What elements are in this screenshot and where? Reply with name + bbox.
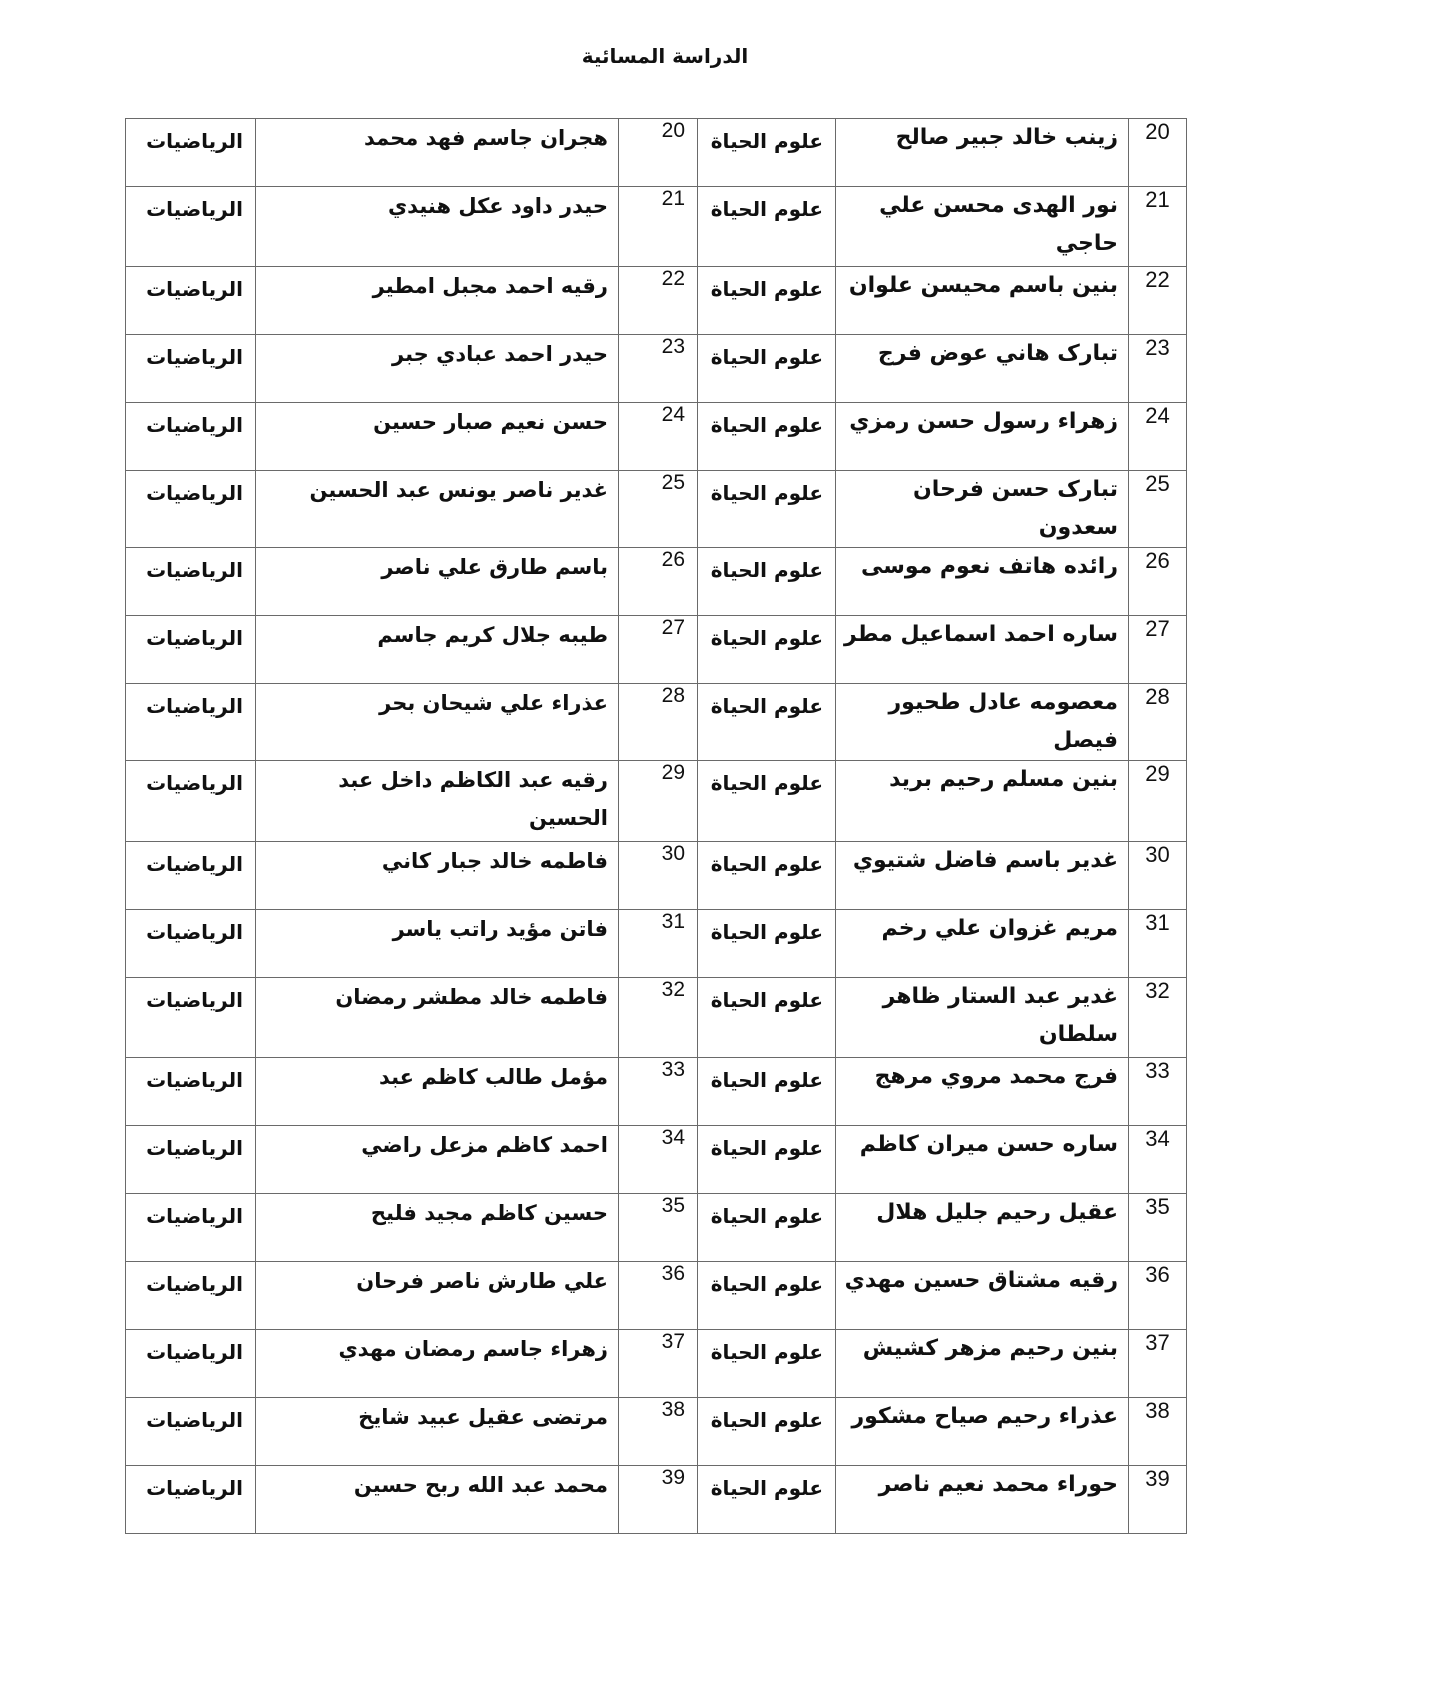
row-number-biology: 35 bbox=[1129, 1194, 1186, 1220]
student-name-biology-cell: بنين باسم محيسن علوان bbox=[836, 267, 1129, 335]
row-number-biology-cell: 36 bbox=[1129, 1262, 1187, 1330]
student-name-biology: نور الهدى محسن علي حاجي bbox=[836, 187, 1128, 263]
student-name-math-cell: رقيه احمد مجبل امطير bbox=[256, 267, 619, 335]
student-name-biology-cell: زهراء رسول حسن رمزي bbox=[836, 403, 1129, 471]
subject-biology-cell: علوم الحياة bbox=[698, 1126, 836, 1194]
row-number-biology: 33 bbox=[1129, 1058, 1186, 1084]
row-number-biology: 27 bbox=[1129, 616, 1186, 642]
row-number-biology: 37 bbox=[1129, 1330, 1186, 1356]
subject-biology-label: علوم الحياة bbox=[698, 616, 835, 652]
row-number-math: 30 bbox=[619, 842, 697, 869]
subject-biology-cell: علوم الحياة bbox=[698, 1058, 836, 1126]
row-number-math: 29 bbox=[619, 761, 697, 788]
subject-biology-cell: علوم الحياة bbox=[698, 684, 836, 761]
subject-biology-label: علوم الحياة bbox=[698, 267, 835, 303]
table-row: الرياضيات طيبه جلال كريم جاسم 27 علوم ال… bbox=[126, 616, 1187, 684]
table-row: الرياضيات مؤمل طالب كاظم عبد 33 علوم الح… bbox=[126, 1058, 1187, 1126]
table-row: الرياضيات حسن نعيم صبار حسين 24 علوم الح… bbox=[126, 403, 1187, 471]
subject-math-cell: الرياضيات bbox=[126, 616, 256, 684]
subject-math-cell: الرياضيات bbox=[126, 910, 256, 978]
student-name-biology-cell: غدير باسم فاضل شتيوي bbox=[836, 842, 1129, 910]
student-name-math-cell: حسين كاظم مجيد فليح bbox=[256, 1194, 619, 1262]
row-number-biology-cell: 27 bbox=[1129, 616, 1187, 684]
subject-biology-cell: علوم الحياة bbox=[698, 267, 836, 335]
row-number-biology: 21 bbox=[1129, 187, 1186, 213]
row-number-biology: 31 bbox=[1129, 910, 1186, 936]
row-number-math: 39 bbox=[619, 1466, 697, 1493]
student-name-math-cell: مرتضى عقيل عبيد شايخ bbox=[256, 1398, 619, 1466]
subject-math-label: الرياضيات bbox=[126, 1126, 255, 1162]
subject-math-label: الرياضيات bbox=[126, 548, 255, 584]
row-number-math-cell: 36 bbox=[619, 1262, 698, 1330]
row-number-math: 34 bbox=[619, 1126, 697, 1153]
table-row: الرياضيات باسم طارق علي ناصر 26 علوم الح… bbox=[126, 548, 1187, 616]
subject-biology-cell: علوم الحياة bbox=[698, 910, 836, 978]
subject-math-label: الرياضيات bbox=[126, 119, 255, 155]
row-number-math: 31 bbox=[619, 910, 697, 937]
subject-math-label: الرياضيات bbox=[126, 1398, 255, 1434]
student-name-biology-cell: معصومه عادل طحيور فيصل bbox=[836, 684, 1129, 761]
row-number-biology: 26 bbox=[1129, 548, 1186, 574]
student-name-math-cell: زهراء جاسم رمضان مهدي bbox=[256, 1330, 619, 1398]
row-number-biology: 29 bbox=[1129, 761, 1186, 787]
subject-biology-label: علوم الحياة bbox=[698, 684, 835, 720]
subject-biology-cell: علوم الحياة bbox=[698, 471, 836, 548]
row-number-math-cell: 26 bbox=[619, 548, 698, 616]
student-name-biology: رقيه مشتاق حسين مهدي bbox=[836, 1262, 1128, 1300]
student-name-biology: ساره حسن ميران كاظم bbox=[836, 1126, 1128, 1164]
subject-math-cell: الرياضيات bbox=[126, 842, 256, 910]
student-name-biology: عقيل رحيم جليل هلال bbox=[836, 1194, 1128, 1232]
subject-biology-cell: علوم الحياة bbox=[698, 119, 836, 187]
row-number-biology-cell: 30 bbox=[1129, 842, 1187, 910]
row-number-math-cell: 25 bbox=[619, 471, 698, 548]
subject-math-cell: الرياضيات bbox=[126, 684, 256, 761]
subject-math-label: الرياضيات bbox=[126, 1330, 255, 1366]
subject-biology-label: علوم الحياة bbox=[698, 910, 835, 946]
row-number-biology-cell: 29 bbox=[1129, 761, 1187, 842]
row-number-math-cell: 27 bbox=[619, 616, 698, 684]
student-name-biology: تبارک هاني عوض فرج bbox=[836, 335, 1128, 373]
student-name-biology-cell: مريم غزوان علي رخم bbox=[836, 910, 1129, 978]
student-name-math: محمد عبد الله ربح حسين bbox=[256, 1466, 618, 1508]
row-number-biology-cell: 23 bbox=[1129, 335, 1187, 403]
row-number-math: 27 bbox=[619, 616, 697, 643]
subject-biology-cell: علوم الحياة bbox=[698, 761, 836, 842]
subject-math-label: الرياضيات bbox=[126, 1262, 255, 1298]
row-number-biology-cell: 22 bbox=[1129, 267, 1187, 335]
student-name-math: زهراء جاسم رمضان مهدي bbox=[256, 1330, 618, 1372]
roster-body: الرياضيات هجران جاسم فهد محمد 20 علوم ال… bbox=[126, 119, 1187, 1534]
subject-biology-cell: علوم الحياة bbox=[698, 403, 836, 471]
table-row: الرياضيات غدير ناصر يونس عبد الحسين 25 ع… bbox=[126, 471, 1187, 548]
subject-math-label: الرياضيات bbox=[126, 978, 255, 1014]
student-name-biology-cell: فرج محمد مروي مرهج bbox=[836, 1058, 1129, 1126]
table-row: الرياضيات مرتضى عقيل عبيد شايخ 38 علوم ا… bbox=[126, 1398, 1187, 1466]
subject-math-cell: الرياضيات bbox=[126, 471, 256, 548]
row-number-math: 24 bbox=[619, 403, 697, 430]
subject-math-label: الرياضيات bbox=[126, 1466, 255, 1502]
student-name-biology-cell: بنين مسلم رحيم بريد bbox=[836, 761, 1129, 842]
row-number-biology-cell: 34 bbox=[1129, 1126, 1187, 1194]
student-name-biology: بنين مسلم رحيم بريد bbox=[836, 761, 1128, 799]
table-row: الرياضيات احمد كاظم مزعل راضي 34 علوم ال… bbox=[126, 1126, 1187, 1194]
subject-biology-label: علوم الحياة bbox=[698, 403, 835, 439]
subject-biology-label: علوم الحياة bbox=[698, 1058, 835, 1094]
subject-biology-cell: علوم الحياة bbox=[698, 1194, 836, 1262]
student-name-biology: غدير عبد الستار ظاهر سلطان bbox=[836, 978, 1128, 1054]
student-name-biology: زينب خالد جبير صالح bbox=[836, 119, 1128, 157]
subject-math-cell: الرياضيات bbox=[126, 187, 256, 267]
row-number-math-cell: 21 bbox=[619, 187, 698, 267]
row-number-biology: 32 bbox=[1129, 978, 1186, 1004]
student-name-biology-cell: ساره حسن ميران كاظم bbox=[836, 1126, 1129, 1194]
student-name-math-cell: مؤمل طالب كاظم عبد bbox=[256, 1058, 619, 1126]
subject-math-cell: الرياضيات bbox=[126, 1126, 256, 1194]
row-number-biology-cell: 35 bbox=[1129, 1194, 1187, 1262]
student-name-math: مرتضى عقيل عبيد شايخ bbox=[256, 1398, 618, 1440]
student-name-biology: بنين رحيم مزهر كشيش bbox=[836, 1330, 1128, 1368]
student-name-math: حيدر داود عكل هنيدي bbox=[256, 187, 618, 229]
student-name-math: فاطمه خالد مطشر رمضان bbox=[256, 978, 618, 1020]
row-number-math-cell: 23 bbox=[619, 335, 698, 403]
student-name-math: علي طارش ناصر فرحان bbox=[256, 1262, 618, 1304]
student-name-biology: تبارک حسن فرحان سعدون bbox=[836, 471, 1128, 547]
subject-math-cell: الرياضيات bbox=[126, 1194, 256, 1262]
row-number-biology: 23 bbox=[1129, 335, 1186, 361]
student-name-math-cell: طيبه جلال كريم جاسم bbox=[256, 616, 619, 684]
student-name-biology-cell: رقيه مشتاق حسين مهدي bbox=[836, 1262, 1129, 1330]
table-row: الرياضيات زهراء جاسم رمضان مهدي 37 علوم … bbox=[126, 1330, 1187, 1398]
row-number-biology-cell: 28 bbox=[1129, 684, 1187, 761]
student-name-math: عذراء علي شيحان بحر bbox=[256, 684, 618, 726]
row-number-math: 26 bbox=[619, 548, 697, 575]
subject-biology-label: علوم الحياة bbox=[698, 1466, 835, 1502]
row-number-math-cell: 33 bbox=[619, 1058, 698, 1126]
subject-biology-label: علوم الحياة bbox=[698, 1262, 835, 1298]
student-name-math: هجران جاسم فهد محمد bbox=[256, 119, 618, 161]
subject-math-cell: الرياضيات bbox=[126, 1398, 256, 1466]
subject-biology-label: علوم الحياة bbox=[698, 842, 835, 878]
row-number-biology: 22 bbox=[1129, 267, 1186, 293]
student-name-math-cell: حيدر داود عكل هنيدي bbox=[256, 187, 619, 267]
student-name-math: مؤمل طالب كاظم عبد bbox=[256, 1058, 618, 1100]
subject-biology-label: علوم الحياة bbox=[698, 1398, 835, 1434]
page-title: الدراسة المسائية bbox=[0, 44, 1330, 68]
subject-biology-label: علوم الحياة bbox=[698, 548, 835, 584]
student-name-math: حسن نعيم صبار حسين bbox=[256, 403, 618, 445]
row-number-biology-cell: 21 bbox=[1129, 187, 1187, 267]
row-number-math: 20 bbox=[619, 119, 697, 146]
student-name-math: طيبه جلال كريم جاسم bbox=[256, 616, 618, 658]
row-number-math-cell: 30 bbox=[619, 842, 698, 910]
subject-math-cell: الرياضيات bbox=[126, 335, 256, 403]
row-number-biology: 34 bbox=[1129, 1126, 1186, 1152]
table-row: الرياضيات عذراء علي شيحان بحر 28 علوم ال… bbox=[126, 684, 1187, 761]
student-name-math: حسين كاظم مجيد فليح bbox=[256, 1194, 618, 1236]
subject-math-cell: الرياضيات bbox=[126, 1466, 256, 1534]
subject-math-cell: الرياضيات bbox=[126, 267, 256, 335]
row-number-biology-cell: 38 bbox=[1129, 1398, 1187, 1466]
student-name-math: باسم طارق علي ناصر bbox=[256, 548, 618, 590]
subject-math-cell: الرياضيات bbox=[126, 403, 256, 471]
row-number-math: 38 bbox=[619, 1398, 697, 1425]
student-name-biology-cell: غدير عبد الستار ظاهر سلطان bbox=[836, 978, 1129, 1058]
table-row: الرياضيات فاطمه خالد مطشر رمضان 32 علوم … bbox=[126, 978, 1187, 1058]
student-roster-table: الرياضيات هجران جاسم فهد محمد 20 علوم ال… bbox=[125, 118, 1187, 1534]
subject-biology-label: علوم الحياة bbox=[698, 471, 835, 507]
student-name-biology-cell: زينب خالد جبير صالح bbox=[836, 119, 1129, 187]
row-number-math: 28 bbox=[619, 684, 697, 711]
student-name-math-cell: عذراء علي شيحان بحر bbox=[256, 684, 619, 761]
student-name-math: فاتن مؤيد راتب ياسر bbox=[256, 910, 618, 952]
subject-math-label: الرياضيات bbox=[126, 616, 255, 652]
student-name-biology: غدير باسم فاضل شتيوي bbox=[836, 842, 1128, 880]
student-name-biology: رائده هاتف نعوم موسى bbox=[836, 548, 1128, 586]
row-number-biology: 28 bbox=[1129, 684, 1186, 710]
row-number-biology-cell: 32 bbox=[1129, 978, 1187, 1058]
row-number-math-cell: 24 bbox=[619, 403, 698, 471]
student-name-biology-cell: بنين رحيم مزهر كشيش bbox=[836, 1330, 1129, 1398]
student-name-biology: عذراء رحيم صياح مشكور bbox=[836, 1398, 1128, 1436]
row-number-math-cell: 28 bbox=[619, 684, 698, 761]
student-name-biology: معصومه عادل طحيور فيصل bbox=[836, 684, 1128, 760]
student-name-math-cell: حيدر احمد عبادي جبر bbox=[256, 335, 619, 403]
student-name-math-cell: محمد عبد الله ربح حسين bbox=[256, 1466, 619, 1534]
row-number-biology: 39 bbox=[1129, 1466, 1186, 1492]
subject-math-cell: الرياضيات bbox=[126, 978, 256, 1058]
student-name-math-cell: فاتن مؤيد راتب ياسر bbox=[256, 910, 619, 978]
subject-math-label: الرياضيات bbox=[126, 403, 255, 439]
subject-biology-label: علوم الحياة bbox=[698, 1330, 835, 1366]
subject-math-cell: الرياضيات bbox=[126, 548, 256, 616]
student-name-biology: بنين باسم محيسن علوان bbox=[836, 267, 1128, 305]
student-name-math-cell: فاطمه خالد مطشر رمضان bbox=[256, 978, 619, 1058]
row-number-math-cell: 29 bbox=[619, 761, 698, 842]
subject-biology-label: علوم الحياة bbox=[698, 335, 835, 371]
subject-biology-label: علوم الحياة bbox=[698, 1194, 835, 1230]
student-name-math-cell: علي طارش ناصر فرحان bbox=[256, 1262, 619, 1330]
subject-biology-label: علوم الحياة bbox=[698, 187, 835, 223]
row-number-math-cell: 39 bbox=[619, 1466, 698, 1534]
student-name-biology-cell: ساره احمد اسماعيل مطر bbox=[836, 616, 1129, 684]
row-number-biology: 36 bbox=[1129, 1262, 1186, 1288]
row-number-biology-cell: 39 bbox=[1129, 1466, 1187, 1534]
subject-biology-label: علوم الحياة bbox=[698, 1126, 835, 1162]
row-number-biology: 25 bbox=[1129, 471, 1186, 497]
row-number-math-cell: 31 bbox=[619, 910, 698, 978]
row-number-biology-cell: 25 bbox=[1129, 471, 1187, 548]
student-name-math: حيدر احمد عبادي جبر bbox=[256, 335, 618, 377]
subject-biology-cell: علوم الحياة bbox=[698, 187, 836, 267]
row-number-math-cell: 20 bbox=[619, 119, 698, 187]
subject-math-label: الرياضيات bbox=[126, 910, 255, 946]
subject-biology-cell: علوم الحياة bbox=[698, 1398, 836, 1466]
student-name-math-cell: فاطمه خالد جبار كاني bbox=[256, 842, 619, 910]
row-number-math: 25 bbox=[619, 471, 697, 498]
subject-math-cell: الرياضيات bbox=[126, 1058, 256, 1126]
student-name-biology-cell: عقيل رحيم جليل هلال bbox=[836, 1194, 1129, 1262]
student-name-math-cell: باسم طارق علي ناصر bbox=[256, 548, 619, 616]
row-number-math-cell: 35 bbox=[619, 1194, 698, 1262]
row-number-math: 21 bbox=[619, 187, 697, 214]
student-name-biology: مريم غزوان علي رخم bbox=[836, 910, 1128, 948]
row-number-biology: 20 bbox=[1129, 119, 1186, 145]
subject-math-cell: الرياضيات bbox=[126, 1330, 256, 1398]
subject-math-cell: الرياضيات bbox=[126, 761, 256, 842]
table-row: الرياضيات محمد عبد الله ربح حسين 39 علوم… bbox=[126, 1466, 1187, 1534]
row-number-math-cell: 37 bbox=[619, 1330, 698, 1398]
subject-math-label: الرياضيات bbox=[126, 471, 255, 507]
table-row: الرياضيات علي طارش ناصر فرحان 36 علوم ال… bbox=[126, 1262, 1187, 1330]
student-name-biology-cell: عذراء رحيم صياح مشكور bbox=[836, 1398, 1129, 1466]
student-name-math: فاطمه خالد جبار كاني bbox=[256, 842, 618, 884]
student-name-math: رقيه احمد مجبل امطير bbox=[256, 267, 618, 309]
subject-biology-cell: علوم الحياة bbox=[698, 978, 836, 1058]
subject-math-cell: الرياضيات bbox=[126, 1262, 256, 1330]
row-number-biology-cell: 33 bbox=[1129, 1058, 1187, 1126]
row-number-math: 37 bbox=[619, 1330, 697, 1357]
subject-math-label: الرياضيات bbox=[126, 1058, 255, 1094]
subject-biology-label: علوم الحياة bbox=[698, 761, 835, 797]
student-name-biology-cell: حوراء محمد نعيم ناصر bbox=[836, 1466, 1129, 1534]
table-row: الرياضيات هجران جاسم فهد محمد 20 علوم ال… bbox=[126, 119, 1187, 187]
row-number-math-cell: 38 bbox=[619, 1398, 698, 1466]
subject-biology-label: علوم الحياة bbox=[698, 119, 835, 155]
subject-math-label: الرياضيات bbox=[126, 761, 255, 797]
row-number-biology-cell: 37 bbox=[1129, 1330, 1187, 1398]
subject-biology-cell: علوم الحياة bbox=[698, 1330, 836, 1398]
student-name-biology-cell: رائده هاتف نعوم موسى bbox=[836, 548, 1129, 616]
row-number-math-cell: 32 bbox=[619, 978, 698, 1058]
subject-math-label: الرياضيات bbox=[126, 684, 255, 720]
row-number-math-cell: 22 bbox=[619, 267, 698, 335]
table-row: الرياضيات رقيه عبد الكاظم داخل عبد الحسي… bbox=[126, 761, 1187, 842]
subject-math-label: الرياضيات bbox=[126, 187, 255, 223]
subject-math-cell: الرياضيات bbox=[126, 119, 256, 187]
row-number-math-cell: 34 bbox=[619, 1126, 698, 1194]
subject-biology-cell: علوم الحياة bbox=[698, 1262, 836, 1330]
row-number-math: 35 bbox=[619, 1194, 697, 1221]
table-row: الرياضيات حسين كاظم مجيد فليح 35 علوم ال… bbox=[126, 1194, 1187, 1262]
table-row: الرياضيات رقيه احمد مجبل امطير 22 علوم ا… bbox=[126, 267, 1187, 335]
subject-biology-cell: علوم الحياة bbox=[698, 616, 836, 684]
student-name-math-cell: غدير ناصر يونس عبد الحسين bbox=[256, 471, 619, 548]
row-number-math: 32 bbox=[619, 978, 697, 1005]
table-row: الرياضيات فاتن مؤيد راتب ياسر 31 علوم ال… bbox=[126, 910, 1187, 978]
student-name-math: رقيه عبد الكاظم داخل عبد الحسين bbox=[256, 761, 618, 841]
table-row: الرياضيات حيدر داود عكل هنيدي 21 علوم ال… bbox=[126, 187, 1187, 267]
student-name-math: غدير ناصر يونس عبد الحسين bbox=[256, 471, 618, 513]
row-number-biology-cell: 20 bbox=[1129, 119, 1187, 187]
subject-biology-cell: علوم الحياة bbox=[698, 335, 836, 403]
subject-biology-cell: علوم الحياة bbox=[698, 842, 836, 910]
subject-math-label: الرياضيات bbox=[126, 842, 255, 878]
student-name-biology: زهراء رسول حسن رمزي bbox=[836, 403, 1128, 441]
subject-math-label: الرياضيات bbox=[126, 1194, 255, 1230]
student-name-biology: ساره احمد اسماعيل مطر bbox=[836, 616, 1128, 654]
subject-math-label: الرياضيات bbox=[126, 267, 255, 303]
subject-biology-label: علوم الحياة bbox=[698, 978, 835, 1014]
row-number-math: 33 bbox=[619, 1058, 697, 1085]
table-row: الرياضيات حيدر احمد عبادي جبر 23 علوم ال… bbox=[126, 335, 1187, 403]
row-number-biology: 30 bbox=[1129, 842, 1186, 868]
row-number-math: 36 bbox=[619, 1262, 697, 1289]
student-name-biology: حوراء محمد نعيم ناصر bbox=[836, 1466, 1128, 1504]
row-number-biology-cell: 26 bbox=[1129, 548, 1187, 616]
student-name-math-cell: رقيه عبد الكاظم داخل عبد الحسين bbox=[256, 761, 619, 842]
table-row: الرياضيات فاطمه خالد جبار كاني 30 علوم ا… bbox=[126, 842, 1187, 910]
subject-biology-cell: علوم الحياة bbox=[698, 548, 836, 616]
student-name-math-cell: احمد كاظم مزعل راضي bbox=[256, 1126, 619, 1194]
row-number-biology-cell: 31 bbox=[1129, 910, 1187, 978]
row-number-biology-cell: 24 bbox=[1129, 403, 1187, 471]
student-name-math-cell: حسن نعيم صبار حسين bbox=[256, 403, 619, 471]
student-name-biology-cell: تبارک حسن فرحان سعدون bbox=[836, 471, 1129, 548]
student-name-math: احمد كاظم مزعل راضي bbox=[256, 1126, 618, 1168]
subject-math-label: الرياضيات bbox=[126, 335, 255, 371]
student-name-math-cell: هجران جاسم فهد محمد bbox=[256, 119, 619, 187]
student-name-biology-cell: تبارک هاني عوض فرج bbox=[836, 335, 1129, 403]
student-name-biology-cell: نور الهدى محسن علي حاجي bbox=[836, 187, 1129, 267]
row-number-biology: 38 bbox=[1129, 1398, 1186, 1424]
row-number-math: 22 bbox=[619, 267, 697, 294]
subject-biology-cell: علوم الحياة bbox=[698, 1466, 836, 1534]
row-number-biology: 24 bbox=[1129, 403, 1186, 429]
row-number-math: 23 bbox=[619, 335, 697, 362]
student-name-biology: فرج محمد مروي مرهج bbox=[836, 1058, 1128, 1096]
